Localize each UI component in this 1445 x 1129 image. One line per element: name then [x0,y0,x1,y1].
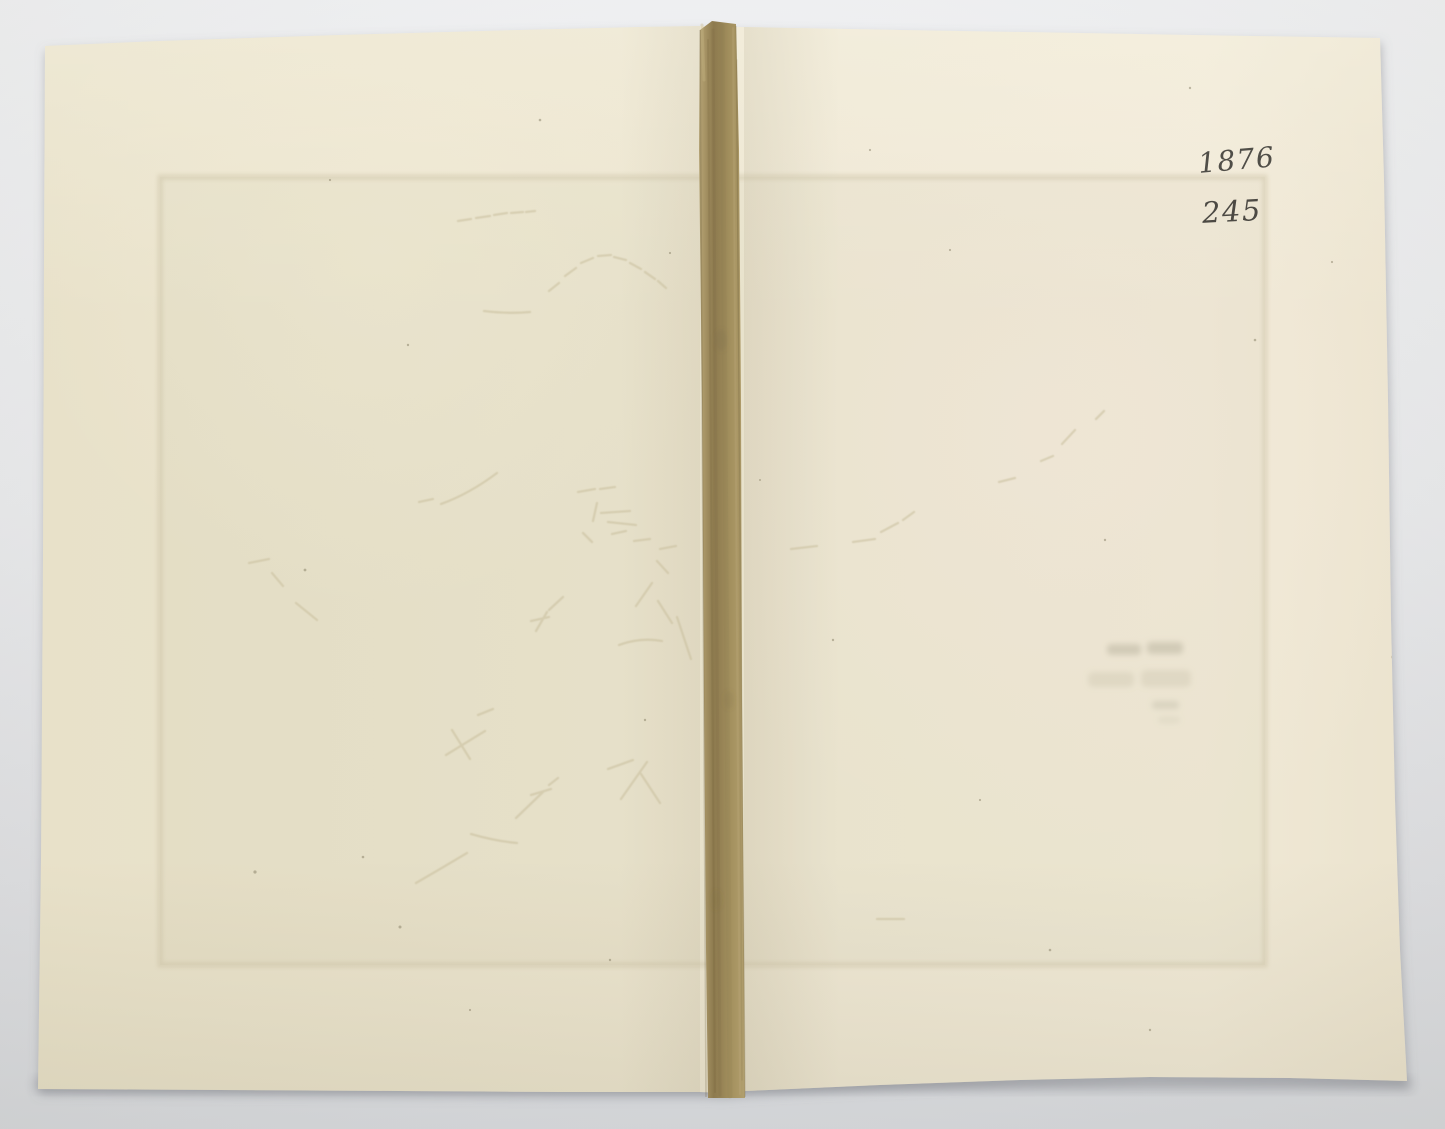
ghost-title-smudge [1152,701,1179,709]
ghost-title-smudge [1158,717,1180,723]
photo-canvas: 1876 245 [0,0,1445,1129]
ghost-title-smudge [1088,672,1134,687]
map-verso-photo: 1876 245 [0,0,1445,1129]
ghost-title-smudge [1107,644,1141,655]
handwritten-number: 245 [1200,193,1263,230]
binding-tape [699,21,745,1098]
ghost-title-smudge [1147,642,1183,654]
ghost-title-smudge [1141,670,1191,687]
handwritten-year: 1876 [1197,140,1277,180]
